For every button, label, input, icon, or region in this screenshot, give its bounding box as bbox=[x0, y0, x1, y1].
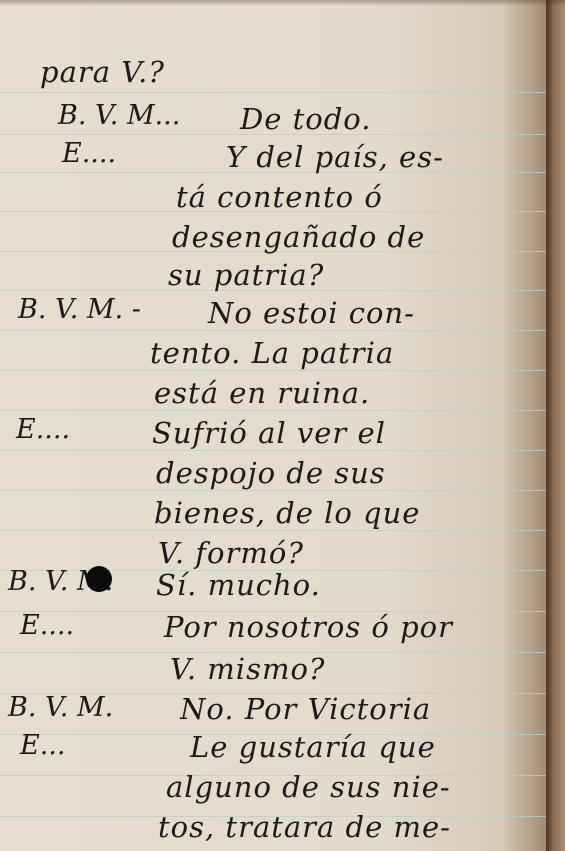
speaker-label: E.... bbox=[20, 610, 74, 641]
ruled-line bbox=[0, 530, 546, 531]
ruled-line bbox=[0, 410, 546, 411]
text-line: Sí. mucho. bbox=[156, 568, 321, 602]
speaker-label: E.... bbox=[62, 138, 116, 169]
text-line: De todo. bbox=[240, 102, 371, 136]
notebook-page: para V.? B. V. M... De todo. E.... Y del… bbox=[0, 0, 546, 851]
text-line: bienes, de lo que bbox=[154, 496, 420, 530]
ruled-line bbox=[0, 490, 546, 491]
text-line: tos, tratara de me- bbox=[158, 810, 451, 844]
text-line: Le gustaría que bbox=[190, 730, 436, 764]
ruled-line bbox=[0, 92, 546, 93]
text-line: despojo de sus bbox=[156, 456, 386, 490]
text-line: está en ruina. bbox=[154, 376, 370, 410]
text-line: tá contento ó bbox=[176, 180, 383, 214]
text-line: Y del país, es- bbox=[226, 140, 444, 174]
speaker-label: B. V. M... bbox=[58, 100, 180, 131]
punch-hole bbox=[86, 566, 112, 592]
speaker-label: E.... bbox=[16, 414, 70, 445]
speaker-label: B. V. M. - bbox=[18, 294, 141, 325]
text-line: alguno de sus nie- bbox=[166, 770, 451, 804]
ruled-line bbox=[0, 330, 546, 331]
text-line: V. mismo? bbox=[170, 652, 325, 686]
ruled-line bbox=[0, 450, 546, 451]
text-line: Por nosotros ó por bbox=[164, 610, 453, 644]
text-line: No. Por Victoria bbox=[180, 692, 431, 726]
speaker-label: E... bbox=[20, 730, 65, 761]
text-line: tento. La patria bbox=[150, 336, 394, 370]
text-line: Sufrió al ver el bbox=[152, 416, 386, 450]
text-line: para V.? bbox=[40, 55, 165, 89]
text-line: desengañado de bbox=[172, 220, 425, 254]
speaker-label: B. V. M. bbox=[8, 692, 113, 723]
page-shadow bbox=[0, 0, 565, 6]
text-line: V. formó? bbox=[158, 536, 304, 570]
text-line: No estoi con- bbox=[208, 296, 415, 330]
text-line: su patria? bbox=[168, 258, 324, 292]
page-binding-edge bbox=[546, 0, 565, 851]
ruled-line bbox=[0, 370, 546, 371]
